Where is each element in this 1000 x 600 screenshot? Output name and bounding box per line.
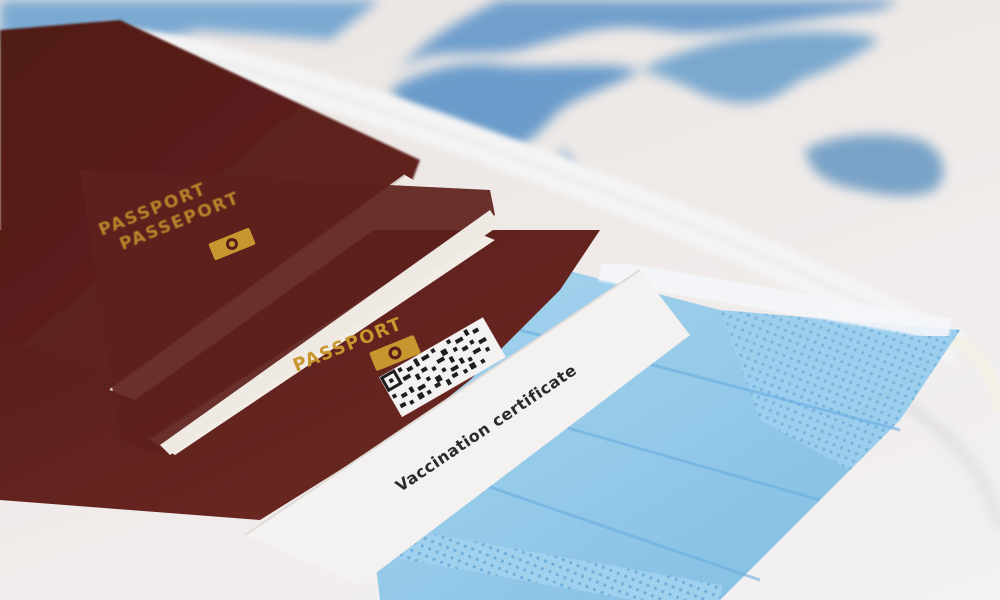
photo-illustration [0, 0, 1000, 600]
photo-scene: PASSPORT PASSEPORT PASSPORT Vaccination … [0, 0, 1000, 600]
